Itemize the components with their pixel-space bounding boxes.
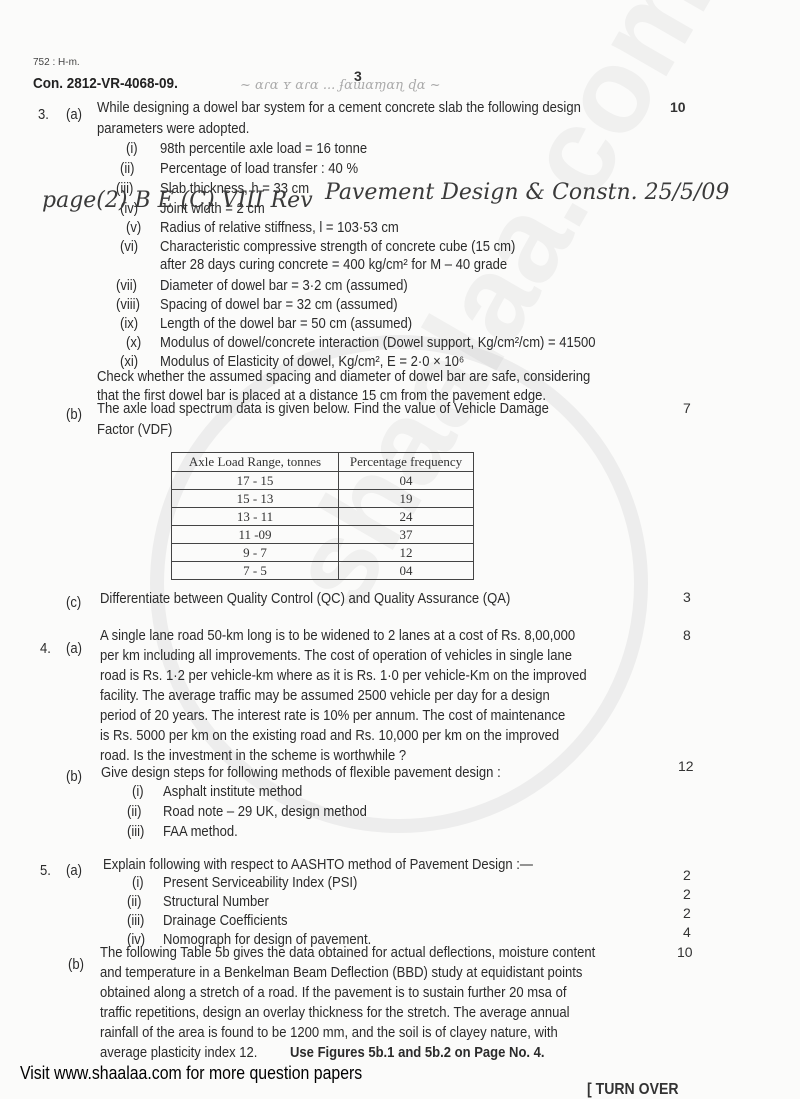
- parameter-item: Modulus of dowel/concrete interaction (D…: [160, 334, 596, 352]
- q4-number: 4.: [40, 640, 51, 658]
- table-cell: 24: [339, 508, 474, 526]
- paragraph-line: obtained along a stretch of a road. If t…: [100, 984, 566, 1002]
- q5b-label: (b): [68, 956, 84, 974]
- method-item: Road note – 29 UK, design method: [163, 803, 367, 821]
- q5b-bold-instruction: Use Figures 5b.1 and 5b.2 on Page No. 4.: [290, 1044, 545, 1062]
- table-cell: 04: [339, 562, 474, 580]
- table-cell: 37: [339, 526, 474, 544]
- axle-load-spectrum-table: Axle Load Range, tonnes Percentage frequ…: [171, 452, 474, 580]
- parameter-item: Length of the dowel bar = 50 cm (assumed…: [160, 315, 412, 333]
- topic-item: Drainage Coefficients: [163, 912, 288, 930]
- paragraph-line: facility. The average traffic may be ass…: [100, 687, 550, 705]
- method-item: FAA method.: [163, 823, 238, 841]
- q5b-marks: 10: [677, 944, 693, 960]
- table-row: 17 - 1504: [172, 472, 474, 490]
- table-cell: 17 - 15: [172, 472, 339, 490]
- q4b-text: Give design steps for following methods …: [101, 764, 501, 782]
- paragraph-line: per km including all improvements. The c…: [100, 647, 572, 665]
- item-roman-numeral: (viii): [116, 296, 140, 314]
- q3b-text-2: Factor (VDF): [97, 421, 172, 439]
- paragraph-line: traffic repetitions, design an overlay t…: [100, 1004, 570, 1022]
- item-roman-numeral: (iii): [127, 823, 144, 841]
- item-roman-numeral: (ii): [127, 803, 141, 821]
- q4a-marks: 8: [683, 627, 691, 643]
- topic-marks: 2: [683, 905, 691, 921]
- method-item: Asphalt institute method: [163, 783, 302, 801]
- item-roman-numeral: (i): [126, 140, 138, 158]
- turn-over-note: [ TURN OVER: [587, 1081, 679, 1099]
- paragraph-line: rainfall of the area is found to be 1200…: [100, 1024, 558, 1042]
- q3b-marks: 7: [683, 400, 691, 416]
- item-roman-numeral: (vi): [120, 238, 138, 256]
- paragraph-line: average plasticity index 12.: [100, 1044, 257, 1062]
- q5a-text: Explain following with respect to AASHTO…: [103, 856, 533, 874]
- footer-visit-link[interactable]: Visit www.shaalaa.com for more question …: [20, 1063, 362, 1084]
- paragraph-line: road. Is the investment in the scheme is…: [100, 747, 406, 765]
- topic-marks: 4: [683, 924, 691, 940]
- item-roman-numeral: (ii): [127, 893, 141, 911]
- parameter-item: 98th percentile axle load = 16 tonne: [160, 140, 367, 158]
- q5-number: 5.: [40, 862, 51, 880]
- item-roman-numeral: (x): [126, 334, 141, 352]
- q3a-marks: 10: [670, 99, 686, 115]
- exam-page: shaalaa.com 752 : H-m. Con. 2812-VR-4068…: [0, 0, 800, 1099]
- topic-item: Structural Number: [163, 893, 269, 911]
- table-header: Percentage frequency: [339, 453, 474, 472]
- q3a-check-1: Check whether the assumed spacing and di…: [97, 368, 590, 386]
- parameter-item: after 28 days curing concrete = 400 kg/c…: [160, 256, 507, 274]
- table-cell: 9 - 7: [172, 544, 339, 562]
- q4a-label: (a): [66, 640, 82, 658]
- topic-marks: 2: [683, 867, 691, 883]
- q3b-label: (b): [66, 406, 82, 424]
- con-number: Con. 2812-VR-4068-09.: [33, 75, 178, 92]
- item-roman-numeral: (v): [126, 219, 141, 237]
- parameter-item: Diameter of dowel bar = 3·2 cm (assumed): [160, 277, 408, 295]
- paragraph-line: road is Rs. 1·2 per vehicle-km where as …: [100, 667, 587, 685]
- table-cell: 13 - 11: [172, 508, 339, 526]
- handwritten-top-scribble: ~ ɑɾɑ ʏ ɑɾɑ ... ʄɑɯɑɱɑɳ ɖɑ ~: [240, 78, 441, 93]
- table-row: 7 - 504: [172, 562, 474, 580]
- item-roman-numeral: (vii): [116, 277, 137, 295]
- parameter-item: Spacing of dowel bar = 32 cm (assumed): [160, 296, 398, 314]
- topic-item: Present Serviceability Index (PSI): [163, 874, 357, 892]
- paragraph-line: period of 20 years. The interest rate is…: [100, 707, 565, 725]
- q4b-marks: 12: [678, 758, 694, 774]
- q3c-marks: 3: [683, 589, 691, 605]
- q3a-intro-1: While designing a dowel bar system for a…: [97, 99, 581, 117]
- q3c-text: Differentiate between Quality Control (Q…: [100, 590, 510, 608]
- parameter-item: Characteristic compressive strength of c…: [160, 238, 515, 256]
- q3c-label: (c): [66, 594, 81, 612]
- paragraph-line: A single lane road 50-km long is to be w…: [100, 627, 575, 645]
- table-header: Axle Load Range, tonnes: [172, 453, 339, 472]
- topic-marks: 2: [683, 886, 691, 902]
- item-roman-numeral: (i): [132, 783, 144, 801]
- table-cell: 04: [339, 472, 474, 490]
- handwritten-right-note: Pavement Design & Constn. 25/5/09: [325, 180, 729, 205]
- parameter-item: Percentage of load transfer : 40 %: [160, 160, 358, 178]
- item-roman-numeral: (ii): [120, 160, 134, 178]
- handwritten-left-note: page(2) B E (C) VIII Rev: [42, 188, 313, 213]
- q3-number: 3.: [38, 106, 49, 124]
- item-roman-numeral: (iii): [127, 912, 144, 930]
- table-cell: 15 - 13: [172, 490, 339, 508]
- item-roman-numeral: (ix): [120, 315, 138, 333]
- table-cell: 7 - 5: [172, 562, 339, 580]
- paragraph-line: The following Table 5b gives the data ob…: [100, 944, 595, 962]
- q3a-intro-2: parameters were adopted.: [97, 120, 249, 138]
- table-cell: 19: [339, 490, 474, 508]
- table-cell: 11 -09: [172, 526, 339, 544]
- paragraph-line: and temperature in a Benkelman Beam Defl…: [100, 964, 582, 982]
- q5a-label: (a): [66, 862, 82, 880]
- table-row: 11 -0937: [172, 526, 474, 544]
- table-row: 15 - 1319: [172, 490, 474, 508]
- item-roman-numeral: (i): [132, 874, 144, 892]
- paper-code-small: 752 : H-m.: [33, 57, 80, 68]
- table-cell: 12: [339, 544, 474, 562]
- table-row: 9 - 712: [172, 544, 474, 562]
- q3b-text-1: The axle load spectrum data is given bel…: [97, 400, 549, 418]
- q3a-label: (a): [66, 106, 82, 124]
- q4b-label: (b): [66, 768, 82, 786]
- parameter-item: Radius of relative stiffness, l = 103·53…: [160, 219, 399, 237]
- paragraph-line: is Rs. 5000 per km on the existing road …: [100, 727, 559, 745]
- table-row: 13 - 1124: [172, 508, 474, 526]
